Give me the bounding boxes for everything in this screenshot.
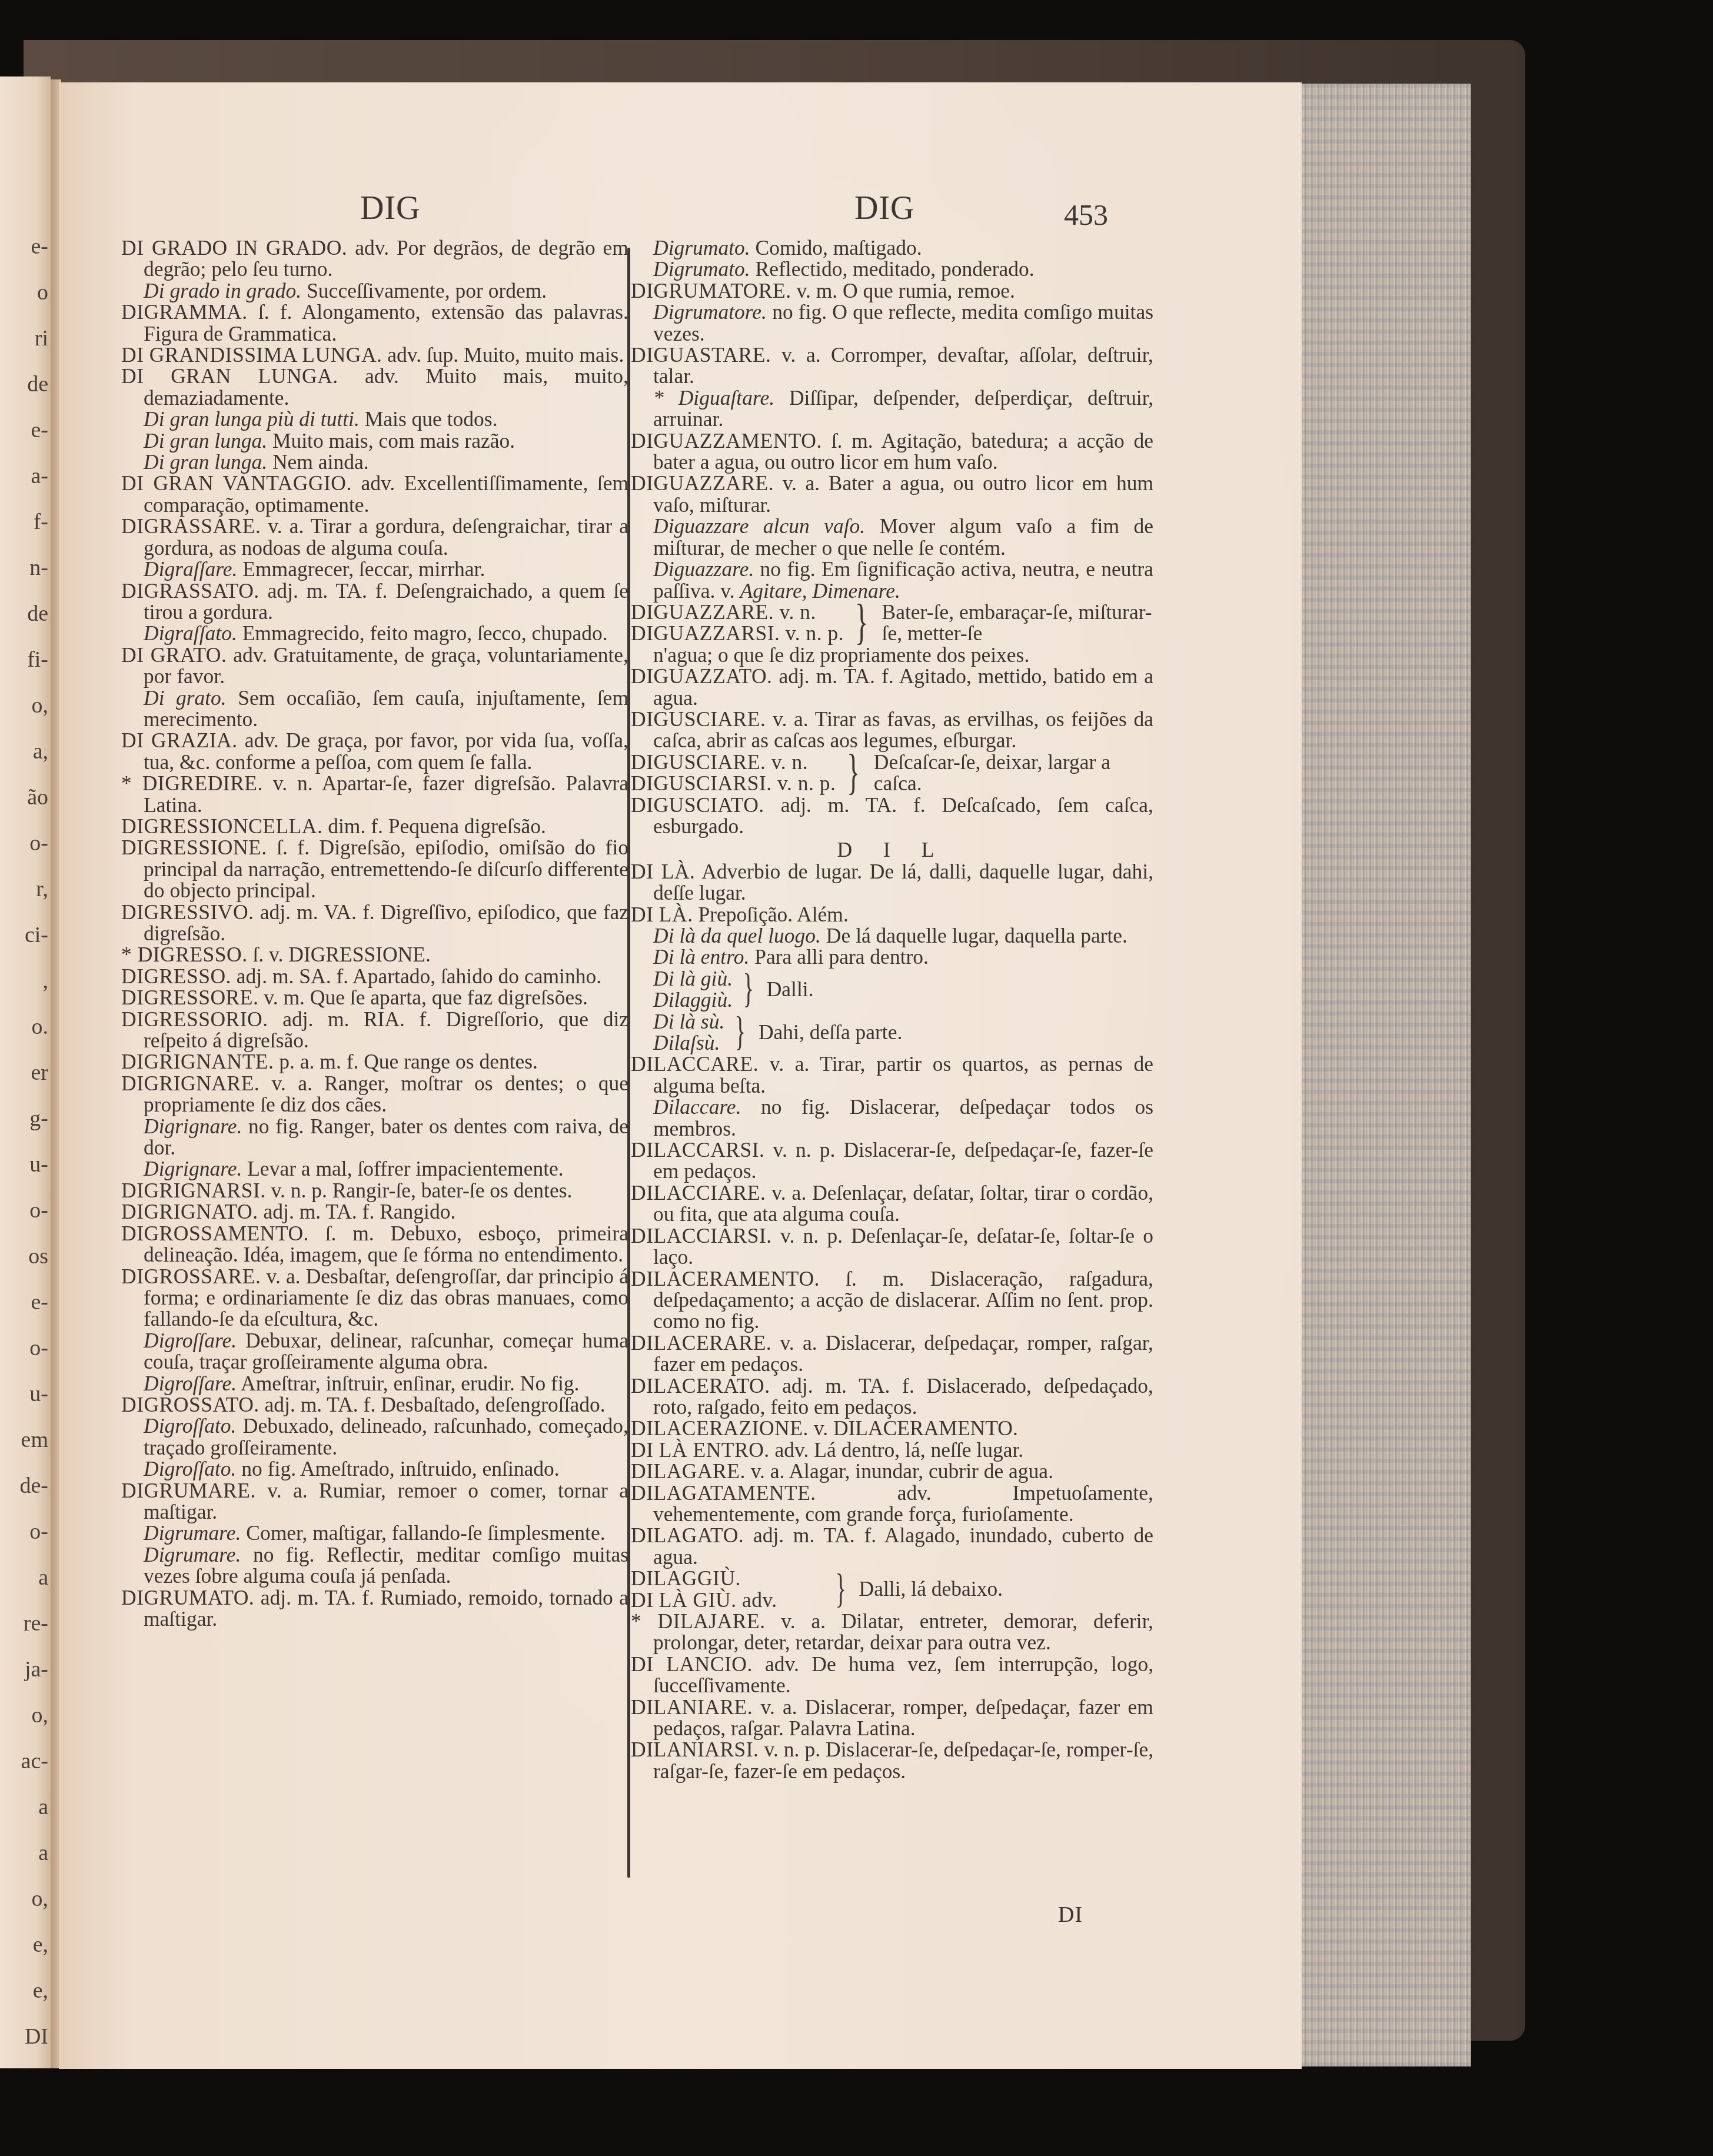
subentry-phrase: Di là giù. — [653, 968, 733, 989]
headword: DILACERATO. — [631, 1374, 770, 1398]
headword: DILAGATAMENTE. — [631, 1481, 816, 1505]
facing-page-text-fragment: DI — [25, 2025, 48, 2048]
definition: Deſcaſcar-ſe, deixar, largar a caſca. — [874, 751, 1153, 794]
facing-page-left: e-oridee-a-f-n-defi-o,a,ãoo-r,ci-,o.erg-… — [0, 76, 51, 2068]
dictionary-entry: DIGUSCIARE. v. a. Tirar as favas, as erv… — [631, 708, 1153, 751]
subentry-phrase: Dilaccare. — [653, 1095, 741, 1119]
headword: DIGRESSIONCELLA. — [121, 814, 322, 838]
subentry-phrase: Di gran lunga più di tutti. — [144, 407, 360, 431]
brace-group-dahi: Di là sù. Dilaſsù. } Dahi, deſſa parte. — [631, 1011, 1153, 1054]
dictionary-entry: DILACERAZIONE. v. DILACERAMENTO. — [631, 1418, 1153, 1439]
entries-dil-2: DILACCARE. v. a. Tirar, partir os quarto… — [631, 1053, 1153, 1568]
subentry-phrase: Digraſſare. — [144, 557, 237, 581]
facing-page-text-fragment: o- — [29, 1520, 48, 1543]
definition: no fig. Ameſtrado, inſtruido, enſinado. — [241, 1457, 559, 1480]
headword: DIGRUMARE. — [121, 1479, 256, 1502]
headword: DIGUAZZARE. — [631, 471, 774, 495]
facing-page-text-fragment: de — [27, 373, 48, 395]
facing-page-text-fragment: n- — [29, 557, 48, 579]
headword: DI LANCIO. — [631, 1652, 753, 1676]
section-heading-dil: D I L — [631, 839, 1153, 860]
headword: DIGROSSATO. — [121, 1393, 260, 1416]
definition: adj. m. SA. f. Apartado, ſahido do camin… — [237, 964, 601, 988]
headword: DI LÀ. — [631, 903, 693, 926]
definition: Ameſtrar, inſtruir, enſinar, erudir. No … — [241, 1372, 579, 1395]
definition: Succeſſivamente, por ordem. — [307, 279, 547, 302]
subentry-phrase: Digroſſato. — [144, 1414, 236, 1438]
dictionary-entry: DILANIARE. v. a. Dislacerar, romper, deſ… — [631, 1696, 1153, 1739]
curly-brace-icon: } — [735, 1011, 746, 1053]
subentry: Di gran lunga più di tutti. Mais que tod… — [121, 408, 628, 430]
facing-page-text-fragment: o — [37, 281, 48, 304]
headword: DILANIARSI. — [631, 1738, 759, 1761]
dictionary-entry: DIGROSSATO. adj. m. TA. f. Desbaſtado, d… — [121, 1394, 628, 1415]
headword: * DILAJARE. — [631, 1609, 766, 1633]
facing-page-text-fragment: u- — [29, 1383, 48, 1405]
facing-page-text-fragment: o. — [32, 1016, 49, 1038]
facing-page-text-fragment: os — [28, 1245, 48, 1267]
headword: DIGRESSORE. — [121, 986, 258, 1009]
subentry: Digraſſare. Emmagrecer, ſeccar, mirrhar. — [121, 558, 628, 580]
definition: Nem ainda. — [272, 450, 369, 474]
headword: DI GRATO. — [121, 643, 227, 667]
entries-dil-1: DI LÀ. Adverbio de lugar. De lá, dalli, … — [631, 861, 1153, 968]
facing-page-text-fragment: o, — [32, 1704, 49, 1726]
headword: DILACERAMENTO. — [631, 1267, 820, 1290]
subentry-phrase: Digrumare. — [144, 1521, 241, 1545]
subentry: Digraſſato. Emmagrecido, feito magro, ſe… — [121, 623, 628, 644]
subentry: Digroſſato. Debuxado, delineado, raſcunh… — [121, 1415, 628, 1458]
definition: Bater-ſe, embaraçar-ſe, miſturar-ſe, met… — [882, 601, 1153, 644]
curly-brace-icon: } — [743, 968, 754, 1010]
dictionary-entry: DIGROSSAMENTO. ſ. m. Debuxo, esboço, pri… — [121, 1223, 628, 1266]
definition: adv. ſup. Muito, muito mais. — [387, 343, 624, 367]
definition: Muito mais, com mais razão. — [272, 429, 515, 453]
headword: DI LÀ GIÙ. adv. — [631, 1589, 825, 1611]
definition: v. n. p. Rangir-ſe, bater-ſe os dentes. — [271, 1179, 573, 1202]
facing-page-text-fragment: a, — [33, 740, 48, 763]
dictionary-entry: DIGUSCIATO. adj. m. TA. f. Deſcaſcado, ſ… — [631, 794, 1153, 837]
definition: v. a. Alagar, inundar, cubrir de agua. — [751, 1459, 1053, 1483]
subentry: Digrignare. no fig. Ranger, bater os den… — [121, 1116, 628, 1159]
dictionary-entry: DIGRAMMA. ſ. f. Alongamento, extensão da… — [121, 301, 628, 344]
left-column: DI GRADO IN GRADO. adv. Por degrãos, de … — [121, 237, 628, 1629]
facing-page-text-fragment: ão — [27, 786, 48, 808]
definition: Mais que todos. — [365, 407, 498, 431]
facing-page-text-fragment: ja- — [25, 1658, 48, 1681]
dictionary-entry: DIGRUMARE. v. a. Rumiar, remoer o comer,… — [121, 1480, 628, 1523]
headword: * DIGRESSO. — [121, 943, 248, 966]
subentry-phrase: Digrumato. — [653, 257, 750, 281]
definition: Dalli, lá debaixo. — [859, 1578, 1153, 1599]
subentry: Digroſſato. no fig. Ameſtrado, inſtruido… — [121, 1458, 628, 1479]
subentry-phrase: Digrignare. — [144, 1114, 242, 1138]
dictionary-entry: DI GRATO. adv. Gratuitamente, de graça, … — [121, 644, 628, 687]
headword: DIGRIGNATO. — [121, 1200, 258, 1223]
dictionary-entry: DIGROSSARE. v. a. Desbaſtar, deſengroſſa… — [121, 1266, 628, 1330]
subentry: Diguazzare alcun vaſo. Mover algum vaſo … — [631, 515, 1153, 558]
subentry-phrase: Di là sù. — [653, 1011, 724, 1032]
dictionary-entry: DIGRIGNARE. v. a. Ranger, moſtrar os den… — [121, 1073, 628, 1116]
headword: DILACCIARSI. — [631, 1224, 772, 1247]
subentry-phrase: Di grato. — [144, 686, 227, 710]
definition: adj. m. TA. f. Rangido. — [264, 1200, 456, 1223]
subentry: Digroſſare. Ameſtrar, inſtruir, enſinar,… — [121, 1373, 628, 1394]
subentry: Dilaccare. no fig. Dislacerar, deſpedaça… — [631, 1096, 1153, 1139]
subentry-phrase: Digroſſato. — [144, 1457, 236, 1480]
headword: DIGRIGNARE. — [121, 1072, 260, 1095]
definition: Para alli para dentro. — [754, 945, 929, 969]
dictionary-entry: DI GRAN VANTAGGIO. adv. Excellentiſſimam… — [121, 473, 628, 515]
running-head-left: DIG — [360, 189, 421, 227]
dictionary-entry: DI GRAZIA. adv. De graça, por favor, por… — [121, 730, 628, 773]
dictionary-entry: DIGUAZZAMENTO. ſ. m. Agitação, batedura;… — [631, 430, 1153, 473]
headword: DIGUASTARE. — [631, 343, 771, 367]
dictionary-entry: * DILAJARE. v. a. Dilatar, entreter, dem… — [631, 1611, 1153, 1653]
definition: v. m. O que rumia, remoe. — [796, 279, 1015, 302]
headword: DIGRESSO. — [121, 964, 231, 988]
dictionary-entry: DILACERAMENTO. ſ. m. Dislaceração, raſga… — [631, 1268, 1153, 1332]
definition: dim. f. Pequena digreſsão. — [328, 814, 546, 838]
headword: DIGUAZZAMENTO. — [631, 429, 822, 453]
dictionary-entry: DILAGATAMENTE. adv. Impetuoſamente, vehe… — [631, 1482, 1153, 1525]
dictionary-entry: DIGRIGNARSI. v. n. p. Rangir-ſe, bater-ſ… — [121, 1180, 628, 1201]
dictionary-entry: * DIGRESSO. ſ. v. DIGRESSIONE. — [121, 944, 628, 965]
facing-page-text-fragment: o, — [32, 694, 49, 717]
dictionary-entry: DIGRUMATORE. v. m. O que rumia, remoe. — [631, 280, 1153, 301]
brace-group-dilaggiu: DILAGGIÙ. DI LÀ GIÙ. adv. } Dalli, lá de… — [631, 1568, 1153, 1611]
facing-page-text-fragment: o- — [29, 832, 48, 854]
facing-page-text-fragment: er — [31, 1062, 48, 1084]
curly-brace-icon: } — [855, 601, 868, 644]
headword: DILACCARSI. — [631, 1138, 764, 1162]
dictionary-entry: DIGRIGNANTE. p. a. m. f. Que range os de… — [121, 1051, 628, 1072]
entries-digusciato: DIGUSCIATO. adj. m. TA. f. Deſcaſcado, ſ… — [631, 794, 1153, 837]
headword: DIGRUMATORE. — [631, 279, 791, 302]
dictionary-entry: DI LÀ. Adverbio de lugar. De lá, dalli, … — [631, 861, 1153, 904]
facing-page-text-fragment: re- — [24, 1612, 48, 1635]
dictionary-entry: DIGUASTARE. v. a. Corromper, devaſtar, a… — [631, 344, 1153, 387]
definition: Comer, maſtigar, fallando-ſe ſimplesment… — [246, 1521, 605, 1545]
dictionary-entry: DILAGATO. adj. m. TA. f. Alagado, inunda… — [631, 1525, 1153, 1568]
definition: Adverbio de lugar. De lá, dalli, daquell… — [653, 860, 1153, 904]
headword: DILAGGIÙ. — [631, 1568, 825, 1589]
right-column: Digrumato. Comido, maſtigado.Digrumato. … — [631, 237, 1153, 1782]
definition: Dalli. — [767, 979, 1153, 1000]
definition: v. m. Que ſe aparta, que faz digreſsões. — [264, 986, 588, 1009]
definition: Prepoſição. Além. — [698, 903, 848, 926]
dictionary-entry: DIGRIGNATO. adj. m. TA. f. Rangido. — [121, 1201, 628, 1222]
headword: DILACERARE. — [631, 1331, 771, 1355]
dictionary-entry: DIGRASSARE. v. a. Tirar a gordura, deſen… — [121, 515, 628, 558]
cross-reference: Agitare, Dimenare. — [740, 579, 900, 603]
dictionary-entry: DIGRESSORIO. adj. m. RIA. f. Digreſſorio… — [121, 1009, 628, 1052]
subentry-phrase: Di grado in grado. — [144, 279, 301, 302]
facing-page-text-fragment: , — [43, 970, 49, 992]
dictionary-entry: DIGUAZZATO. adj. m. TA. f. Agitado, mett… — [631, 666, 1153, 708]
definition: Comido, maſtigado. — [756, 236, 922, 259]
dictionary-entry: DIGRESSO. adj. m. SA. f. Apartado, ſahid… — [121, 966, 628, 987]
dictionary-entry: DIGRUMATO. adj. m. TA. f. Rumiado, remoi… — [121, 1587, 628, 1630]
facing-page-text-fragment: de- — [19, 1475, 48, 1497]
headword: DILACCIARE. — [631, 1181, 766, 1205]
headword: DIGRESSIONE. — [121, 836, 267, 859]
dictionary-entry: DILACCARE. v. a. Tirar, partir os quarto… — [631, 1053, 1153, 1096]
subentry-phrase: Di là entro. — [653, 945, 749, 969]
headword: DI GRAN VANTAGGIO. — [121, 471, 352, 495]
definition: ſ. v. DIGRESSIONE. — [252, 943, 430, 966]
definition: Emmagrecido, feito magro, ſecco, chupado… — [242, 621, 608, 645]
dictionary-entry: DI LÀ. Prepoſição. Além. — [631, 904, 1153, 925]
facing-page-text-fragment: ci- — [25, 924, 48, 946]
headword: DILANIARE. — [631, 1695, 753, 1719]
headword: DI LÀ. — [631, 860, 695, 883]
headword: DIGRESSIVO. — [121, 900, 254, 924]
headword: DILAGATO. — [631, 1523, 744, 1547]
headword: DIGRESSORIO. — [121, 1007, 268, 1031]
dictionary-entry: DIGRESSORE. v. m. Que ſe aparta, que faz… — [121, 987, 628, 1008]
dictionary-entry: DI LÀ ENTRO. adv. Lá dentro, lá, neſſe l… — [631, 1439, 1153, 1460]
dictionary-entry: DILANIARSI. v. n. p. Dislacerar-ſe, deſp… — [631, 1739, 1153, 1782]
dictionary-entry: DI GRAN LUNGA. adv. Muito mais, muito, d… — [121, 365, 628, 408]
subentry-phrase: Dilaggiù. — [653, 989, 733, 1010]
page-number: 453 — [1064, 198, 1108, 232]
subentry: * Diguaſtare. Diſſipar, deſpender, deſpe… — [631, 387, 1153, 430]
subentry: Di grato. Sem occaſião, ſem cauſa, injuſ… — [121, 687, 628, 730]
definition: Levar a mal, ſoffrer impacientemente. — [247, 1157, 564, 1180]
headword: DIGUSCIARSI. v. n. p. — [631, 773, 836, 794]
headword: DILAGARE. — [631, 1459, 746, 1483]
subentry-phrase: Diguazzare alcun vaſo. — [653, 514, 865, 538]
dictionary-entry: DILACERARE. v. a. Dislacerar, deſpedaçar… — [631, 1332, 1153, 1375]
headword: DIGROSSARE. — [121, 1265, 261, 1288]
headword: DIGRASSATO. — [121, 579, 260, 603]
headword: DILACERAZIONE. — [631, 1416, 809, 1440]
curly-brace-icon: } — [836, 1568, 846, 1611]
headword: DILACCARE. — [631, 1052, 759, 1076]
subentry-phrase: Digrumato. — [653, 236, 750, 259]
definition: Dahi, deſſa parte. — [759, 1022, 1153, 1043]
brace-group-dalli: Di là giù. Dilaggiù. } Dalli. — [631, 968, 1153, 1011]
entries-diguazzato: DIGUAZZATO. adj. m. TA. f. Agitado, mett… — [631, 666, 1153, 751]
dictionary-entry: DI LANCIO. adv. De huma vez, ſem interru… — [631, 1653, 1153, 1696]
headword: DIGRAMMA. — [121, 300, 248, 324]
headword: DIGUAZZATO. — [631, 664, 773, 688]
subentry: Digroſſare. Debuxar, delinear, raſcunhar… — [121, 1330, 628, 1373]
headword: DIGUSCIARE. v. n. — [631, 751, 836, 773]
subentry: Digrumato. Comido, maſtigado. — [631, 237, 1153, 258]
dictionary-entry: DILACCIARE. v. a. Deſenlaçar, deſatar, ſ… — [631, 1182, 1153, 1225]
entries-dig-continued: Digrumato. Comido, maſtigado.Digrumato. … — [631, 237, 1153, 601]
headword: DI LÀ ENTRO. — [631, 1438, 770, 1462]
facing-page-text-fragment: ac- — [21, 1750, 48, 1772]
headword: DIGROSSAMENTO. — [121, 1222, 309, 1245]
facing-page-text-fragment: e, — [33, 1934, 48, 1956]
headword: DIGRASSARE. — [121, 514, 261, 538]
subentry: Di gran lunga. Nem ainda. — [121, 451, 628, 473]
facing-page-text-fragment: fi- — [27, 648, 48, 671]
headword: DI GRADO IN GRADO. — [121, 236, 347, 259]
headword: DI GRAN LUNGA. — [121, 364, 338, 388]
headword: DIGRUMATO. — [121, 1586, 254, 1609]
subentry-phrase: Di gran lunga. — [144, 429, 267, 453]
subentry: Digrumato. Reflectido, meditado, pondera… — [631, 258, 1153, 280]
subentry-phrase: Digroſſare. — [144, 1329, 237, 1352]
brace-group-digusciare: DIGUSCIARE. v. n. DIGUSCIARSI. v. n. p. … — [631, 751, 1153, 794]
dictionary-entry: DILAGARE. v. a. Alagar, inundar, cubrir … — [631, 1460, 1153, 1482]
entries-dil-3: * DILAJARE. v. a. Dilatar, entreter, dem… — [631, 1611, 1153, 1782]
running-head-right: DIG — [854, 189, 915, 227]
facing-page-text-fragment: o- — [29, 1199, 48, 1222]
subentry-phrase: Digraſſato. — [144, 621, 237, 645]
subentry-phrase: Diguazzare. — [653, 557, 754, 581]
facing-page-text-fragment: de — [27, 603, 48, 625]
headword: DIGUAZZARSI. v. n. p. — [631, 623, 844, 644]
page-edges — [1300, 84, 1471, 2067]
facing-page-text-fragment: a — [38, 1796, 48, 1818]
dictionary-entry: * DIGREDIRE. v. n. Apartar-ſe, fazer dig… — [121, 773, 628, 816]
dictionary-entry: DIGRESSIONE. ſ. f. Digreſsão, epiſodio, … — [121, 837, 628, 901]
dictionary-entry: DILACCARSI. v. n. p. Dislacerar-ſe, deſp… — [631, 1139, 1153, 1182]
subentry: Diguazzare. no fig. Em ſignificação acti… — [631, 558, 1153, 601]
headword: DI GRAZIA. — [121, 728, 238, 752]
dictionary-entry: DIGRESSIONCELLA. dim. f. Pequena digreſs… — [121, 816, 628, 837]
dictionary-entry: DIGUAZZARE. v. a. Bater a agua, ou outro… — [631, 473, 1153, 515]
headword: DIGUSCIATO. — [631, 793, 764, 817]
definition: De lá daquelle lugar, daquella parte. — [826, 924, 1127, 947]
facing-page-text-fragment: o- — [29, 1337, 48, 1359]
definition: v. DILACERAMENTO. — [814, 1416, 1018, 1440]
subentry: Di gran lunga. Muito mais, com mais razã… — [121, 430, 628, 451]
dictionary-entry: DI GRADO IN GRADO. adv. Por degrãos, de … — [121, 237, 628, 280]
facing-page-text-fragment: a — [38, 1566, 48, 1589]
dictionary-entry: DIGRESSIVO. adj. m. VA. f. Digreſſivo, e… — [121, 901, 628, 944]
facing-page-text-fragment: r, — [36, 878, 48, 900]
definition: p. a. m. f. Que range os dentes. — [279, 1050, 538, 1073]
facing-page-text-fragment: o, — [32, 1888, 49, 1910]
subentry-phrase: Di là da quel luogo. — [653, 924, 821, 947]
subentry: Digrumare. Comer, maſtigar, fallando-ſe … — [121, 1522, 628, 1543]
facing-page-text-fragment: e- — [31, 1291, 48, 1313]
facing-page-text-fragment: f- — [34, 511, 48, 533]
brace-group-diguazzare: DIGUAZZARE. v. n. DIGUAZZARSI. v. n. p. … — [631, 601, 1153, 644]
headword: * DIGREDIRE. — [121, 771, 263, 795]
subentry: Di là entro. Para alli para dentro. — [631, 946, 1153, 967]
facing-page-text-fragment: a — [38, 1842, 48, 1864]
headword: DIGUAZZARE. v. n. — [631, 601, 844, 623]
subentry: Digrignare. Levar a mal, ſoffrer impacie… — [121, 1158, 628, 1179]
dictionary-entry: DIGRASSATO. adj. m. TA. f. Deſengraichad… — [121, 580, 628, 623]
subentry-phrase: Digrignare. — [144, 1157, 242, 1180]
facing-page-text-fragment: u- — [29, 1153, 48, 1176]
curly-brace-icon: } — [847, 751, 860, 794]
subentry-phrase: Dilaſsù. — [653, 1032, 724, 1053]
dictionary-entry: DILACCIARSI. v. n. p. Deſenlaçar-ſe, deſ… — [631, 1225, 1153, 1268]
facing-page-text-fragment: ri — [35, 327, 48, 350]
headword: DIGRIGNARSI. — [121, 1179, 266, 1202]
subentry-phrase: * Diguaſtare. — [653, 386, 774, 410]
facing-page-text-fragment: g- — [29, 1107, 48, 1130]
headword: DI GRANDISSIMA LUNGA. — [121, 343, 382, 367]
headword: DIGUSCIARE. — [631, 707, 766, 731]
definition: Reflectido, meditado, ponderado. — [756, 257, 1035, 281]
definition-continuation: n'agua; o que ſe diz propriamente dos pe… — [631, 644, 1153, 666]
definition: Emmagrecer, ſeccar, mirrhar. — [242, 557, 485, 581]
subentry: Di grado in grado. Succeſſivamente, por … — [121, 280, 628, 301]
definition: adv. Lá dentro, lá, neſſe lugar. — [775, 1438, 1024, 1462]
facing-page-text-fragment: a- — [31, 465, 48, 487]
subentry-phrase: Digroſſare. — [144, 1372, 237, 1395]
dictionary-entry: DI GRANDISSIMA LUNGA. adv. ſup. Muito, m… — [121, 344, 628, 365]
subentry: Digrumare. no fig. Reflectir, meditar co… — [121, 1544, 628, 1587]
subentry: Di là da quel luogo. De lá daquelle luga… — [631, 925, 1153, 946]
subentry: Digrumatore. no fig. O que reflecte, med… — [631, 301, 1153, 344]
definition: adj. m. TA. f. Desbaſtado, deſengroſſado… — [265, 1393, 606, 1416]
dictionary-entry: DILACERATO. adj. m. TA. f. Dislacerado, … — [631, 1375, 1153, 1418]
subentry-phrase: Digrumare. — [144, 1543, 241, 1566]
facing-page-text-fragment: e- — [31, 235, 48, 258]
facing-page-text-fragment: e, — [33, 1979, 48, 2002]
facing-page-text-fragment: em — [21, 1429, 48, 1451]
subentry-phrase: Digrumatore. — [653, 300, 767, 324]
headword: DIGRIGNANTE. — [121, 1050, 274, 1073]
subentry-phrase: Di gran lunga. — [144, 450, 267, 474]
facing-page-text-fragment: e- — [31, 419, 48, 441]
catchword: DI — [1058, 1902, 1083, 1928]
